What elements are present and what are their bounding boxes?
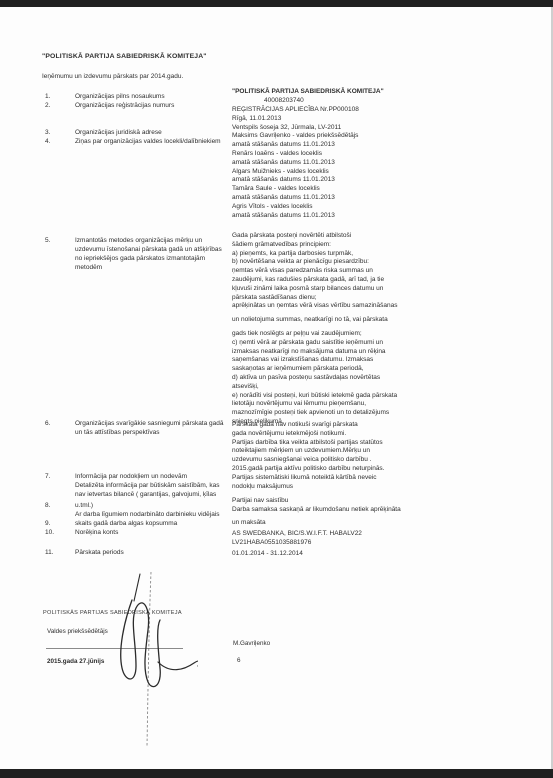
answer-text-line: Partijas darbība tika veikta atbilstoši … <box>232 439 385 448</box>
item-lines: Izmantotās metodes organizācijas mērķu u… <box>75 236 222 272</box>
item-number: 4. <box>45 137 75 146</box>
answer-text-line: AS SWEDBANKA, BIC/S.W.I.F.T. HABALV22 <box>232 530 362 539</box>
answer-text-line: Partijai nav saistību <box>232 497 401 506</box>
answer-text-line: maznozīmīgie posteņi tiek apvienoti un t… <box>232 409 397 418</box>
answer-text-line: uzdevumu sasniegšanai veica politisko da… <box>232 456 385 465</box>
item-lines: u.tml.)Ar darba līgumiem nodarbināto dar… <box>75 501 220 519</box>
answer-text-line: c) ņemti vērā ar pārskata gadu saistītie… <box>232 339 397 348</box>
item-lines: skaits gadā darba algas kopsumma <box>75 519 177 528</box>
answer-text-line: a) pieņemts, ka partija darbosies turpmā… <box>232 250 397 259</box>
item-lines: Organizācijas juridiskā adrese <box>75 128 162 137</box>
scan-artifact-bottom-bar <box>0 769 553 778</box>
item-text-line: Detalizēta informācija par būtiskām sais… <box>75 481 220 490</box>
answer-text-line: gada novērtējumu ietekmējoši notikumi. <box>232 430 385 439</box>
answer-text-line: izmaksas neatkarīgi no maksājuma datuma … <box>232 348 397 357</box>
answer-lines: REĢISTRĀCIJAS APLIECĪBA Nr.PP000108Rīgā,… <box>232 106 359 220</box>
item-number: 5. <box>45 236 75 245</box>
answer-lines: 01.01.2014 - 31.12.2014 <box>232 550 303 559</box>
answer-lines: gads tiek noslēgts ar peļņu vai zaudējum… <box>232 330 397 427</box>
answer-block: Pārskata gadā nav notikuši svarīgi pārsk… <box>232 421 385 491</box>
answer-text-line: nodokļu maksājumus <box>232 483 385 492</box>
answer-text-line: noteiktajiem mērķiem un uzdevumiem.Mērķu… <box>232 447 385 456</box>
numbered-item: 6.Organizācijas svarīgākie sasniegumi pā… <box>45 419 224 437</box>
answer-text-line: un nolietojuma summas, neatkarīgi no tā,… <box>232 316 388 325</box>
numbered-item: 4.Ziņas par organizācijas valdes locekli… <box>45 137 221 155</box>
answer-lines: un nolietojuma summas, neatkarīgi no tā,… <box>232 316 388 325</box>
answer-text-line: šādiem grāmatvedības principiem: <box>232 241 397 250</box>
answer-text-line: zaudējumi, kas radušies pārskata gadā, a… <box>232 276 397 285</box>
item-text-line: Izmantotās metodes organizācijas mērķu u… <box>75 236 222 245</box>
answer-text-line: amatā stāšanās datums 11.01.2013 <box>232 176 359 185</box>
item-text-line: metodēm <box>75 263 222 272</box>
item-text-line: Organizācijas svarīgākie sasniegumi pārs… <box>75 419 224 428</box>
answer-text-line: Maksims Gavriļenko - valdes priekšsēdētā… <box>232 132 359 141</box>
item-lines: Pārskata periods <box>75 548 124 557</box>
answer-text-line: Tamāra Saule - valdes loceklis <box>232 185 359 194</box>
answer-text-line: Renārs Ioaēns - valdes loceklis <box>232 150 359 159</box>
numbered-item: 7.Informācija par nodokļiem un nodevāmDe… <box>45 472 220 499</box>
item-text-line: Norēķina konts <box>75 528 118 537</box>
answer-lines: un maksāta <box>232 519 266 528</box>
item-number: 3. <box>45 128 75 137</box>
answer-lines: Partijai nav saistībuDarba samaksa saska… <box>232 497 401 515</box>
numbered-item: 5.Izmantotās metodes organizācijas mērķu… <box>45 236 222 272</box>
answer-text-line: ņemtas vērā visas paredzamās riska summa… <box>232 267 397 276</box>
numbered-item: 2.Organizācijas reģistrācijas numurs <box>45 101 174 119</box>
answer-text-line: Darba samaksa saskaņā ar likumdošanu net… <box>232 506 401 515</box>
answer-text-line: un maksāta <box>232 519 266 528</box>
registration-number: 40008203740 <box>264 97 304 104</box>
item-text-line: skaits gadā darba algas kopsumma <box>75 519 177 528</box>
answer-text-line: 2015.gadā partija aktīvu politisko darbī… <box>232 465 385 474</box>
item-number: 6. <box>45 419 75 428</box>
answer-text-line: 01.01.2014 - 31.12.2014 <box>232 550 303 559</box>
item-number: 1. <box>45 92 75 101</box>
item-lines: Organizācijas reģistrācijas numurs <box>75 101 174 110</box>
answer-text-line: Partijas sistemātiski likumā noteiktā kā… <box>232 474 385 483</box>
item-text-line: un tās attīstības perspektīvas <box>75 428 224 437</box>
item-number: 11. <box>45 548 75 557</box>
answer-text-line: amatā stāšanās datums 11.01.2013 <box>232 141 359 150</box>
answer-block: AS SWEDBANKA, BIC/S.W.I.F.T. HABALV22LV2… <box>232 530 362 548</box>
answer-block: un nolietojuma summas, neatkarīgi no tā,… <box>232 316 388 325</box>
answer-text-line: Ventspils šoseja 32, Jūrmala, LV-2011 <box>232 124 359 133</box>
item-text-line: Organizācijas pilns nosaukums <box>75 92 165 101</box>
answer-text-line: aprēķinātas un ņemtas vērā visas vērtību… <box>232 302 397 311</box>
item-text-line: Ar darba līgumiem nodarbināto darbinieku… <box>75 510 220 519</box>
item-text-line: Informācija par nodokļiem un nodevām <box>75 472 220 481</box>
answer-text-line: pārskata sastādīšanas dienu; <box>232 294 397 303</box>
answer-text-line: Algars Muižnieks - valdes loceklis <box>232 168 359 177</box>
answer-text-line: atsevišķi, <box>232 383 397 392</box>
handwritten-signature <box>88 570 198 748</box>
answer-text-line: b) novērtēšana veikta ar pienācīgu piesa… <box>232 258 397 267</box>
item-lines: Organizācijas pilns nosaukums <box>75 92 165 101</box>
item-number: 9. <box>45 519 75 528</box>
answer-block: gads tiek noslēgts ar peļņu vai zaudējum… <box>232 330 397 427</box>
answer-text-line: REĢISTRĀCIJAS APLIECĪBA Nr.PP000108 <box>232 106 359 115</box>
numbered-item: 8.u.tml.)Ar darba līgumiem nodarbināto d… <box>45 501 220 519</box>
answer-text-line: Rīgā, 11.01.2013 <box>232 115 359 124</box>
right-column-title: "POLITISKĀ PARTIJA SABIEDRISKĀ KOMITEJA" <box>232 88 384 95</box>
numbered-item: 10.Norēķina konts <box>45 528 118 546</box>
answer-text-line: LV21HABA0551035881976 <box>232 539 362 548</box>
answer-text-line: kļuvuši zināmi laika posmā starp bilance… <box>232 285 397 294</box>
answer-block: 01.01.2014 - 31.12.2014 <box>232 550 303 559</box>
item-text-line: nav ietvertas bilancē ( garantijas, galv… <box>75 490 220 499</box>
answer-text-line: saņemšanas vai izrakstīšanas datumu. Izm… <box>232 356 397 365</box>
document-subtitle: Ieņēmumu un izdevumu pārskats par 2014.g… <box>42 73 183 80</box>
answer-lines: Pārskata gadā nav notikuši svarīgi pārsk… <box>232 421 385 491</box>
answer-block: REĢISTRĀCIJAS APLIECĪBA Nr.PP000108Rīgā,… <box>232 106 359 220</box>
answer-text-line: amatā stāšanās datums 11.01.2013 <box>232 212 359 221</box>
answer-text-line: Pārskata gadā nav notikuši svarīgi pārsk… <box>232 421 385 430</box>
answer-lines: Gada pārskata posteņi novērtēti atbilsto… <box>232 232 397 311</box>
answer-text-line: saskaņotas ar ieņēmumiem pārskata period… <box>232 365 397 374</box>
item-text-line: Organizācijas reģistrācijas numurs <box>75 101 174 110</box>
answer-text-line: amatā stāšanās datums 11.01.2013 <box>232 159 359 168</box>
item-number: 7. <box>45 472 75 481</box>
answer-lines: AS SWEDBANKA, BIC/S.W.I.F.T. HABALV22LV2… <box>232 530 362 548</box>
page-number: 6 <box>237 657 241 664</box>
item-lines: Ziņas par organizācijas valdes locekli/d… <box>75 137 221 146</box>
numbered-item: 11.Pārskata periods <box>45 548 124 566</box>
document-title: "POLITISKĀ PARTIJA SABIEDRISKĀ KOMITEJA" <box>42 53 207 60</box>
answer-block: un maksāta <box>232 519 266 528</box>
answer-text-line: Gada pārskata posteņi novērtēti atbilsto… <box>232 232 397 241</box>
item-number: 10. <box>45 528 75 537</box>
item-lines: Norēķina konts <box>75 528 118 537</box>
answer-block: Gada pārskata posteņi novērtēti atbilsto… <box>232 232 397 311</box>
item-number: 8. <box>45 501 75 510</box>
item-text-line: Pārskata periods <box>75 548 124 557</box>
answer-text-line: gads tiek noslēgts ar peļņu vai zaudējum… <box>232 330 397 339</box>
answer-text-line: e) norādīti visi posteņi, kuri būtiski i… <box>232 392 397 401</box>
document-page: "POLITISKĀ PARTIJA SABIEDRISKĀ KOMITEJA"… <box>0 0 553 778</box>
answer-block: Partijai nav saistībuDarba samaksa saska… <box>232 497 401 515</box>
item-lines: Informācija par nodokļiem un nodevāmDeta… <box>75 472 220 499</box>
answer-text-line: amatā stāšanās datums 11.01.2013 <box>232 194 359 203</box>
answer-text-line: lietotāju novērtējumu vai lēmumu pieņemš… <box>232 400 397 409</box>
item-text-line: u.tml.) <box>75 501 220 510</box>
item-text-line: uzdevumu īstenošanai pārskata gadā un at… <box>75 245 222 254</box>
item-text-line: Organizācijas juridiskā adrese <box>75 128 162 137</box>
item-text-line: no iepriekšējos gada pārskatos izmantota… <box>75 254 222 263</box>
answer-text-line: Agris Vītols - valdes loceklis <box>232 203 359 212</box>
signer-name: M.Gavriļenko <box>233 640 270 647</box>
scan-artifact-top-bar <box>0 0 553 7</box>
answer-text-line: d) aktīva un pasīva posteņu sastāvdaļas … <box>232 374 397 383</box>
item-lines: Organizācijas svarīgākie sasniegumi pārs… <box>75 419 224 437</box>
item-text-line: Ziņas par organizācijas valdes locekli/d… <box>75 137 221 146</box>
item-number: 2. <box>45 101 75 110</box>
